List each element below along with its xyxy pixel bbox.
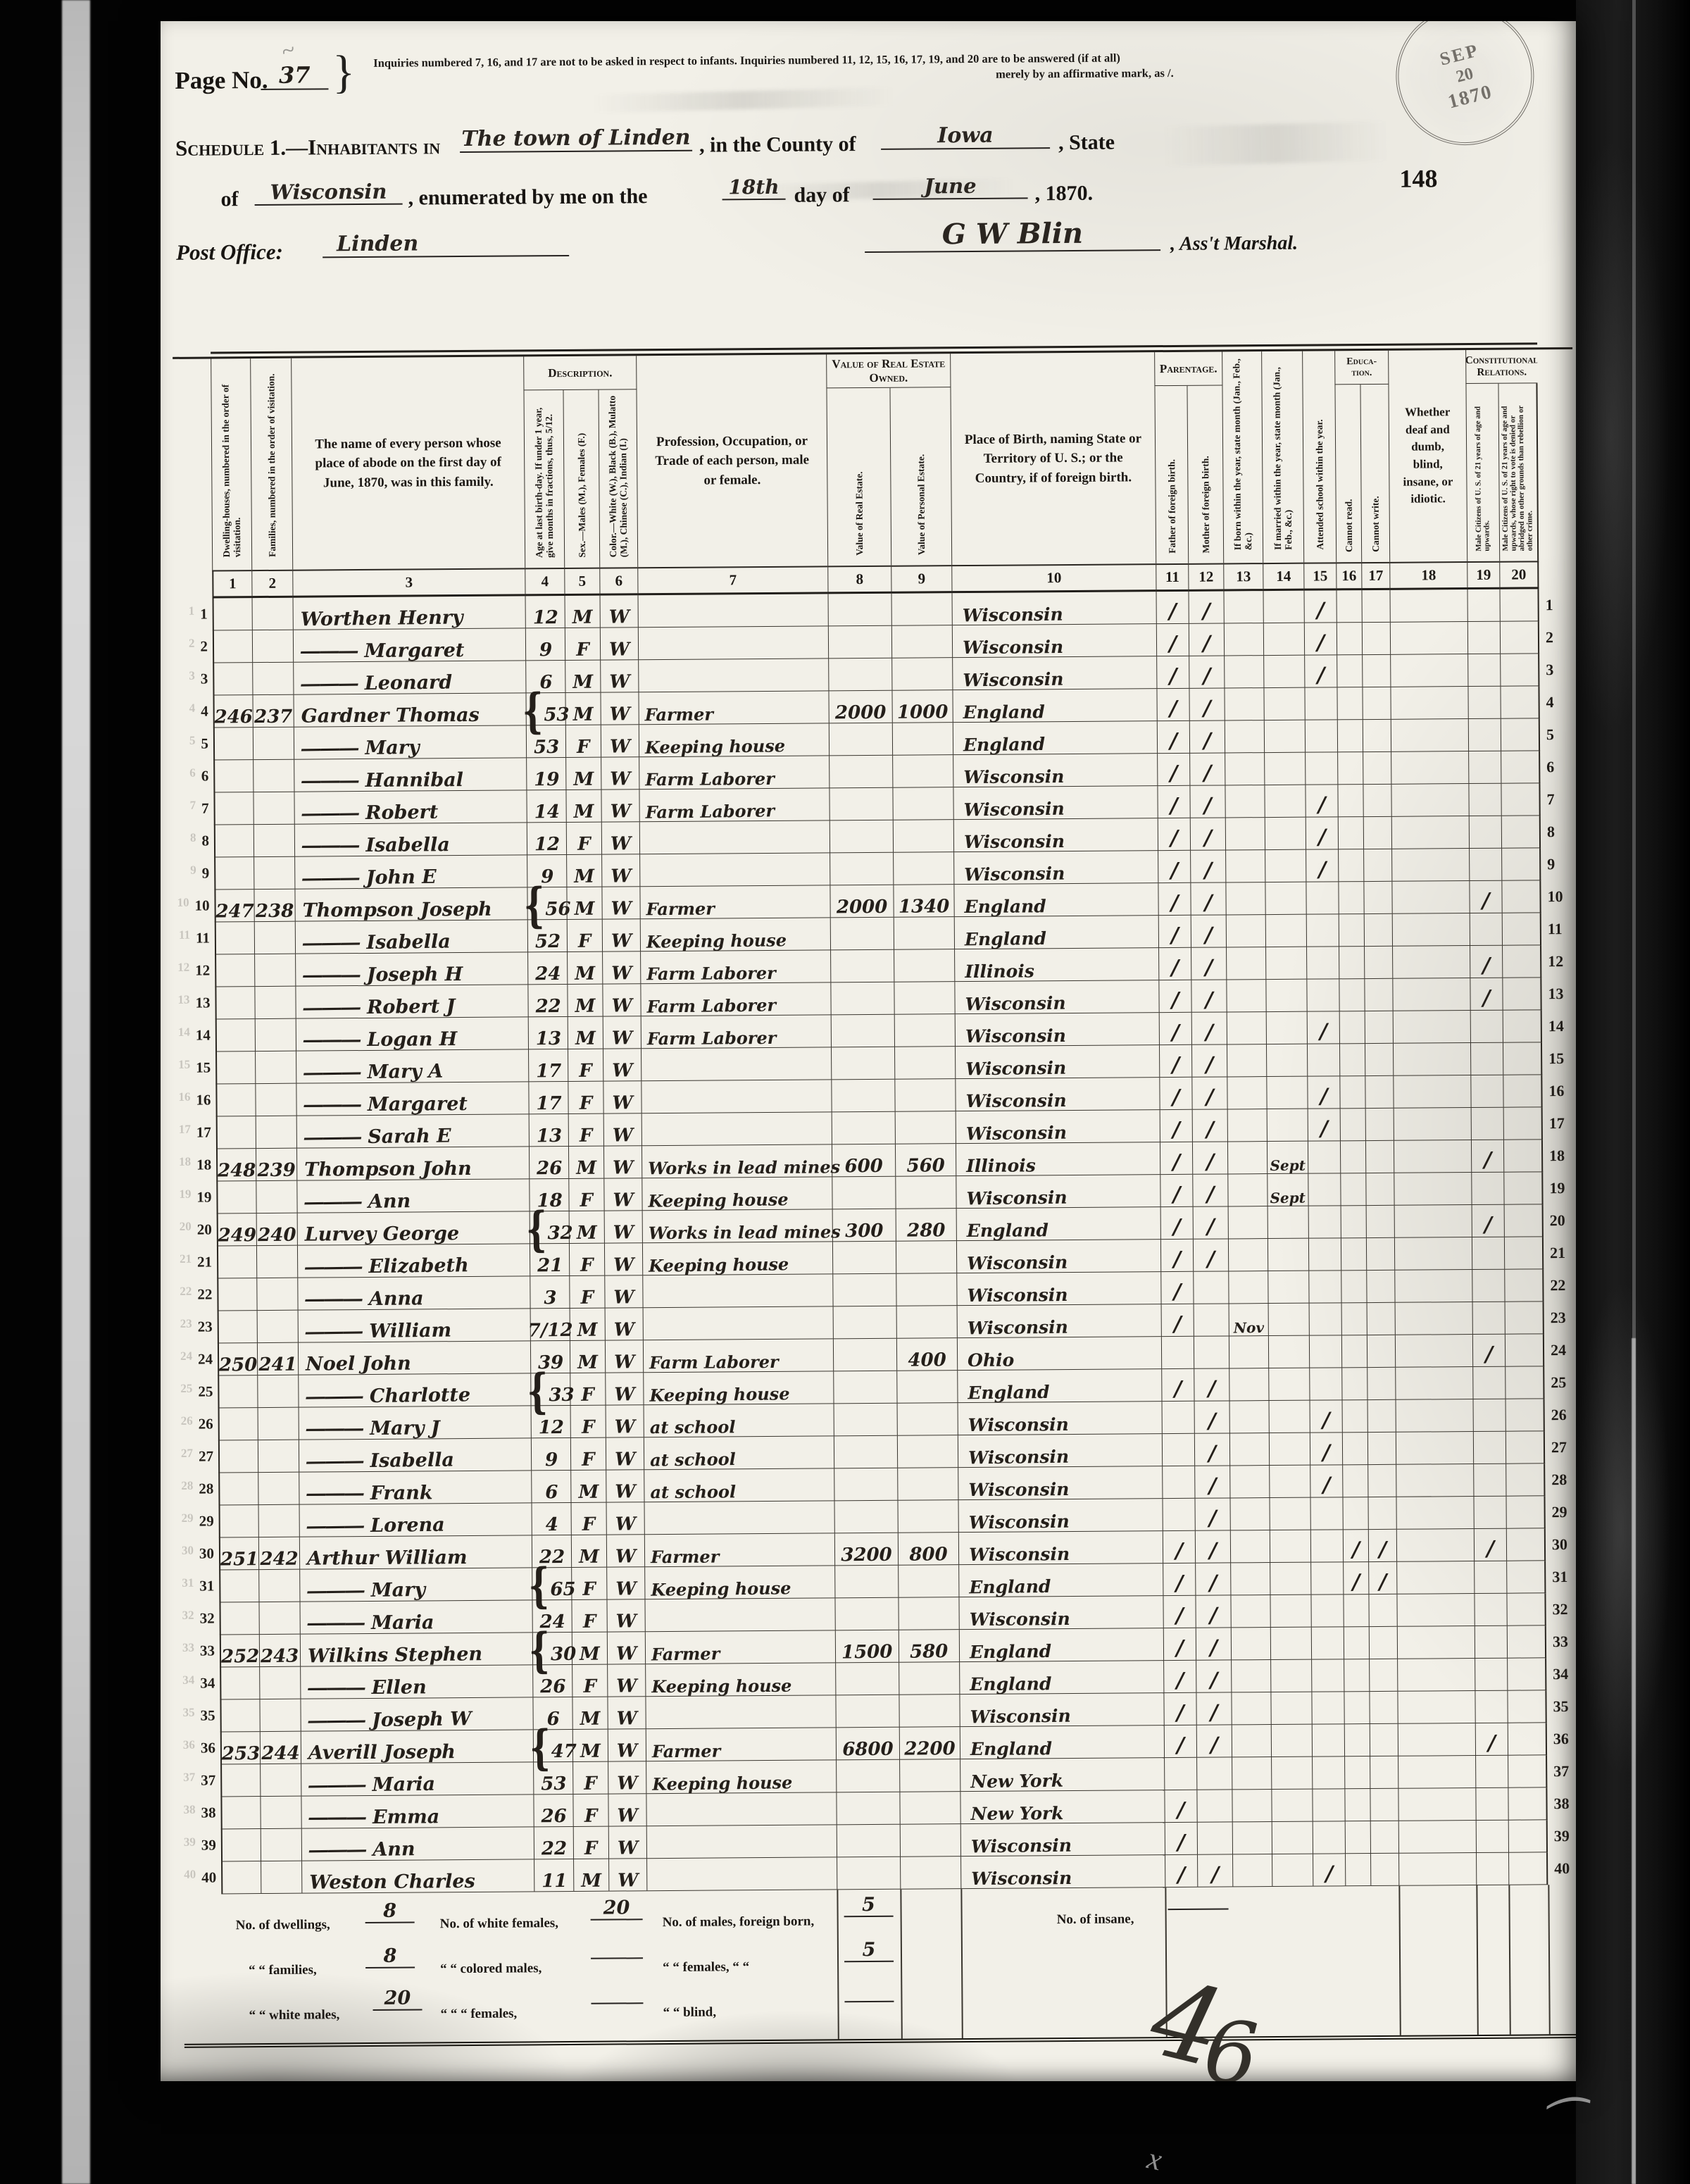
birthplace-cell: England xyxy=(958,1564,1163,1597)
father-foreign-cell xyxy=(1164,1758,1196,1790)
name-cell: ――― Mary xyxy=(299,1568,532,1602)
married-month-cell xyxy=(1264,720,1305,753)
mother-foreign-cell: / xyxy=(1189,785,1225,818)
sex-cell: F xyxy=(572,1762,608,1795)
name-cell: ――― Charlotte xyxy=(298,1373,530,1407)
cannot-write-cell xyxy=(1370,1724,1398,1756)
sex-cell: F xyxy=(569,1244,604,1276)
male-citizen-cell: / xyxy=(1472,1205,1504,1237)
attended-school-cell xyxy=(1311,1627,1344,1659)
color-cell: W xyxy=(601,887,639,919)
male-citizen-cell xyxy=(1474,1594,1506,1626)
birthplace-cell: Wisconsin xyxy=(954,980,1158,1014)
cannot-read-cell xyxy=(1341,1271,1366,1303)
family-number-cell xyxy=(258,1440,299,1473)
father-foreign-cell: / xyxy=(1159,1078,1191,1110)
personal-estate-cell: 800 xyxy=(898,1533,958,1566)
occupation-cell: Farm Laborer xyxy=(643,1339,833,1373)
color-cell: W xyxy=(608,1859,646,1891)
born-month-cell xyxy=(1232,1757,1271,1790)
attended-school-cell xyxy=(1307,1044,1339,1076)
birthplace-cell: Wisconsin xyxy=(956,1240,1160,1273)
row-number-right: 10 xyxy=(1541,880,1576,913)
row-number-right: 27 xyxy=(1545,1431,1576,1464)
real-estate-cell xyxy=(833,1339,896,1372)
col-number: 14 xyxy=(1263,563,1303,591)
married-month-cell: Sept xyxy=(1267,1174,1308,1206)
tally-males-foreign-label: No. of males, foreign born, xyxy=(663,1914,815,1931)
row-number-right: 34 xyxy=(1546,1658,1576,1690)
occupation-cell: Works in lead mines xyxy=(641,1144,832,1178)
occupation-cell: Keeping house xyxy=(645,1663,835,1697)
real-estate-cell xyxy=(832,1112,895,1145)
dwelling-number-cell xyxy=(213,630,252,663)
sex-cell: F xyxy=(568,1082,603,1114)
real-estate-cell xyxy=(830,820,893,854)
birthplace-cell: Wisconsin xyxy=(953,851,1158,885)
deaf-dumb-cell xyxy=(1390,622,1467,655)
cannot-read-cell xyxy=(1341,1238,1366,1271)
married-month-cell xyxy=(1267,1109,1308,1142)
father-foreign-cell xyxy=(1162,1466,1194,1499)
row-number-left: 2222 xyxy=(179,1278,217,1311)
col-header-sex: Sex.—Males (M.), Females (F.) xyxy=(575,390,587,562)
family-number-cell xyxy=(255,1019,296,1052)
birthplace-cell: Wisconsin xyxy=(958,1434,1162,1468)
row-number-right: 28 xyxy=(1545,1464,1576,1496)
census-scan-page: { "page": { "page_no_label": "Page No.",… xyxy=(0,0,1690,2184)
mother-foreign-cell: / xyxy=(1193,1206,1228,1239)
family-number-cell xyxy=(258,1602,299,1635)
real-estate-cell xyxy=(834,1566,898,1599)
marshal-signature: G W Blin xyxy=(865,216,1160,253)
father-foreign-cell: / xyxy=(1158,948,1191,980)
tally-dwellings-label: No. of dwellings, xyxy=(236,1917,330,1933)
deaf-dumb-cell xyxy=(1393,1043,1470,1076)
color-cell: W xyxy=(601,822,639,854)
name-cell: ――― Elizabeth xyxy=(297,1244,530,1278)
vote-denied-cell xyxy=(1500,621,1539,654)
personal-estate-cell: 1000 xyxy=(891,690,952,723)
male-citizen-cell xyxy=(1472,1367,1505,1399)
attended-school-cell xyxy=(1310,1530,1343,1562)
census-table-body: 11 Worthen Henry 12 M W Wisconsin / / / xyxy=(175,589,1576,1895)
father-foreign-cell xyxy=(1161,1337,1194,1369)
row-number-right: 13 xyxy=(1541,978,1576,1010)
cannot-read-cell: / xyxy=(1343,1562,1368,1595)
married-month-cell xyxy=(1268,1304,1309,1336)
deaf-dumb-cell xyxy=(1396,1561,1474,1595)
cannot-write-cell xyxy=(1367,1497,1396,1530)
bleedthrough-smudge xyxy=(1162,121,1388,166)
attended-school-cell xyxy=(1308,1238,1341,1271)
father-foreign-cell: / xyxy=(1163,1564,1195,1596)
row-number-right: 8 xyxy=(1541,816,1576,848)
birthplace-cell: Wisconsin xyxy=(952,656,1156,690)
deaf-dumb-cell xyxy=(1398,1723,1475,1756)
age-cell: 6 xyxy=(531,1471,570,1503)
family-number-cell: 237 xyxy=(252,695,293,728)
sex-cell: F xyxy=(571,1600,606,1633)
deaf-dumb-cell xyxy=(1391,784,1468,817)
real-estate-cell xyxy=(831,1047,894,1080)
row-number-left: 1414 xyxy=(177,1019,215,1052)
sex-cell: M xyxy=(566,855,601,887)
age-cell: 26 xyxy=(533,1795,572,1827)
born-month-cell xyxy=(1227,1012,1266,1044)
occupation-cell xyxy=(646,1825,837,1859)
occupation-cell xyxy=(641,1047,831,1081)
birthplace-cell: England xyxy=(953,721,1157,755)
father-foreign-cell: / xyxy=(1164,1790,1196,1823)
col-header-father-foreign: Father of foreign birth. xyxy=(1165,386,1177,558)
name-cell: ――― Logan H xyxy=(296,1017,528,1051)
born-month-cell xyxy=(1232,1854,1272,1887)
mother-foreign-cell xyxy=(1194,1304,1229,1336)
dwelling-number-cell xyxy=(216,1181,256,1213)
name-cell: ――― Maria xyxy=(299,1600,532,1634)
dwelling-number-cell: 247 xyxy=(214,890,254,922)
col-number: 10 xyxy=(951,563,1156,593)
mother-foreign-cell: / xyxy=(1191,1077,1227,1109)
cannot-write-cell xyxy=(1369,1659,1397,1692)
personal-estate-cell xyxy=(893,852,953,885)
day-of-label: day of xyxy=(794,183,849,208)
name-cell: ――― Mary A xyxy=(296,1049,528,1083)
group-header-parentage: Parentage. xyxy=(1154,351,1222,386)
age-cell: 14 xyxy=(526,790,565,823)
attended-school-cell: / xyxy=(1310,1400,1342,1433)
row-number-left: 11 xyxy=(175,598,213,630)
col-header-cannot-write: Cannot write. xyxy=(1369,385,1381,556)
cannot-read-cell: / xyxy=(1343,1530,1368,1562)
attended-school-cell xyxy=(1308,1173,1340,1206)
age-cell: {33 xyxy=(530,1373,570,1406)
birthplace-cell: Illinois xyxy=(956,1142,1160,1176)
name-cell: Wilkins Stephen xyxy=(300,1633,532,1666)
born-month-cell xyxy=(1230,1530,1270,1563)
dwelling-number-cell xyxy=(215,922,254,954)
deaf-dumb-cell xyxy=(1394,1140,1471,1173)
color-cell: W xyxy=(604,1211,642,1243)
col-header-attended-school: Attended school within the year. xyxy=(1313,351,1325,554)
cannot-read-cell xyxy=(1344,1756,1370,1789)
name-cell: ――― Ann xyxy=(296,1179,529,1213)
dwelling-number-cell xyxy=(220,1699,259,1732)
dwelling-number-cell xyxy=(214,857,254,890)
occupation-cell: Works in lead mines xyxy=(642,1209,832,1243)
real-estate-cell: 300 xyxy=(832,1209,896,1242)
dwelling-number-cell xyxy=(213,792,253,825)
color-cell: W xyxy=(602,984,640,1016)
real-estate-cell xyxy=(830,950,894,983)
row-number-right: 26 xyxy=(1545,1399,1576,1431)
personal-estate-cell xyxy=(892,787,953,820)
birthplace-cell: Wisconsin xyxy=(960,1855,1165,1889)
married-month-cell xyxy=(1270,1563,1310,1595)
row-number-right: 36 xyxy=(1547,1723,1576,1755)
mother-foreign-cell: / xyxy=(1190,850,1225,882)
name-cell: ――― Joseph W xyxy=(300,1697,532,1731)
name-cell: Noel John xyxy=(298,1341,530,1375)
mother-foreign-cell: / xyxy=(1195,1563,1230,1595)
cannot-write-cell xyxy=(1363,785,1391,817)
cannot-read-cell xyxy=(1336,590,1361,623)
col-number: 8 xyxy=(827,566,891,594)
pen-scribble: 6 xyxy=(1201,2003,1261,2081)
deaf-dumb-cell xyxy=(1394,1108,1471,1141)
color-cell: W xyxy=(605,1373,643,1405)
family-number-cell xyxy=(254,922,295,954)
printed-page-number: 148 xyxy=(1399,163,1437,193)
attended-school-cell xyxy=(1310,1497,1342,1530)
page-no-value: 37 xyxy=(261,61,328,90)
deaf-dumb-cell xyxy=(1392,913,1470,947)
birthplace-cell: England xyxy=(959,1628,1163,1662)
row-number-left: 3535 xyxy=(182,1699,220,1732)
row-number-right: 24 xyxy=(1544,1334,1576,1366)
row-number-right: 1 xyxy=(1539,589,1574,621)
deaf-dumb-cell xyxy=(1391,751,1468,785)
real-estate-cell xyxy=(834,1404,897,1437)
color-cell: W xyxy=(602,919,640,951)
col-header-occupation: Profession, Occupation, or Trade of each… xyxy=(637,354,827,567)
dwelling-number-cell xyxy=(218,1311,257,1343)
name-cell: ――― Anna xyxy=(297,1276,530,1310)
family-number-cell: 241 xyxy=(257,1343,298,1375)
mother-foreign-cell: / xyxy=(1193,1239,1228,1271)
census-sheet: ~ Page No. 37 } Inquiries numbered 7, 16… xyxy=(161,21,1576,2081)
row-number-left: 22 xyxy=(175,630,213,663)
married-month-cell xyxy=(1264,753,1305,785)
family-number-cell xyxy=(257,1375,298,1408)
col-header-age: Age at last birth-day. If under 1 year, … xyxy=(533,390,556,562)
mother-foreign-cell: / xyxy=(1188,591,1223,623)
vote-denied-cell xyxy=(1503,1172,1543,1204)
personal-estate-cell xyxy=(899,1662,959,1695)
tally-colored-males-label: “ “ colored males, xyxy=(440,1961,542,1977)
personal-estate-cell xyxy=(900,1857,960,1890)
family-number-cell: 238 xyxy=(254,890,294,922)
row-number-left: 1919 xyxy=(178,1181,216,1213)
born-month-cell xyxy=(1224,623,1263,656)
male-citizen-cell: / xyxy=(1470,978,1502,1011)
bleedthrough-smudge xyxy=(591,87,895,113)
father-foreign-cell: / xyxy=(1163,1628,1196,1661)
row-number-left: 1313 xyxy=(177,987,215,1019)
cannot-read-cell xyxy=(1337,623,1362,655)
name-cell: ――― Ann xyxy=(301,1827,534,1861)
family-number-cell xyxy=(255,1052,296,1084)
born-month-cell xyxy=(1232,1822,1272,1854)
mother-foreign-cell: / xyxy=(1192,1142,1227,1174)
attended-school-cell: / xyxy=(1303,590,1336,623)
mother-foreign-cell: / xyxy=(1195,1530,1230,1563)
personal-estate-cell xyxy=(897,1468,958,1501)
dwelling-number-cell: 251 xyxy=(219,1537,258,1570)
married-month-cell xyxy=(1268,1368,1309,1401)
sex-cell: F xyxy=(570,1406,606,1438)
father-foreign-cell: / xyxy=(1156,624,1189,656)
male-citizen-cell xyxy=(1470,1075,1503,1108)
mother-foreign-cell xyxy=(1197,1822,1232,1854)
group-header-education: Educa-tion. xyxy=(1334,351,1388,385)
male-citizen-cell xyxy=(1476,1821,1508,1853)
born-month-cell: Nov xyxy=(1229,1304,1268,1336)
family-number-cell xyxy=(256,1246,297,1278)
sex-cell: F xyxy=(565,628,600,661)
vote-denied-cell xyxy=(1501,880,1541,913)
row-number-right: 21 xyxy=(1544,1237,1576,1269)
cannot-write-cell xyxy=(1366,1271,1394,1303)
male-citizen-cell xyxy=(1474,1561,1506,1594)
occupation-cell xyxy=(646,1792,836,1826)
family-number-cell xyxy=(254,857,294,890)
sex-cell: M xyxy=(573,1859,608,1892)
age-cell: 9 xyxy=(531,1438,570,1471)
mother-foreign-cell: / xyxy=(1194,1466,1229,1498)
occupation-cell: Farm Laborer xyxy=(640,982,830,1016)
sex-cell: M xyxy=(572,1633,607,1665)
male-citizen-cell xyxy=(1467,687,1500,719)
marshal-label: , Ass't Marshal. xyxy=(1170,232,1298,256)
name-cell: Worthen Henry xyxy=(293,596,525,630)
attended-school-cell: / xyxy=(1305,785,1337,817)
row-number-left: 2525 xyxy=(180,1375,218,1408)
color-cell: W xyxy=(603,1049,641,1081)
tally-footer: No. of dwellings, 8 No. of white females… xyxy=(183,1885,1576,2048)
col-header-personal-estate: Value of Personal Estate. xyxy=(915,387,927,559)
sex-cell: F xyxy=(573,1827,608,1859)
row-number-right: 22 xyxy=(1544,1269,1576,1302)
sex-cell: M xyxy=(566,887,601,920)
vote-denied-cell xyxy=(1503,1010,1542,1042)
age-cell: {32 xyxy=(530,1211,569,1244)
color-cell: W xyxy=(607,1697,645,1729)
born-month-cell xyxy=(1229,1368,1268,1401)
family-number-cell xyxy=(252,598,293,630)
born-month-cell xyxy=(1225,882,1265,915)
dwelling-number-cell xyxy=(213,598,252,630)
row-number-left: 2828 xyxy=(180,1473,218,1505)
cannot-read-cell xyxy=(1339,1011,1365,1044)
name-cell: ――― Isabella xyxy=(294,823,527,856)
real-estate-cell xyxy=(829,756,892,789)
cannot-write-cell xyxy=(1365,1109,1394,1141)
col-header-families: Families, numbered in the order of visit… xyxy=(265,358,277,561)
enumerated-label: , enumerated by me on the xyxy=(408,185,647,210)
attended-school-cell xyxy=(1312,1756,1344,1789)
occupation-cell: Farmer xyxy=(639,885,830,919)
cannot-write-cell xyxy=(1367,1368,1395,1400)
cannot-read-cell xyxy=(1344,1692,1369,1724)
mother-foreign-cell: / xyxy=(1189,623,1224,656)
color-cell: W xyxy=(603,1178,641,1211)
occupation-cell: Farm Laborer xyxy=(641,1015,831,1049)
occupation-cell: at school xyxy=(644,1404,834,1437)
family-number-cell: 240 xyxy=(256,1213,297,1246)
row-number-right: 30 xyxy=(1546,1528,1576,1561)
row-number-right: 37 xyxy=(1547,1755,1576,1787)
married-month-cell xyxy=(1271,1790,1312,1822)
age-cell: 11 xyxy=(534,1859,573,1892)
cannot-write-cell xyxy=(1370,1789,1398,1821)
cannot-read-cell xyxy=(1342,1465,1367,1497)
row-number-left: 44 xyxy=(175,695,213,728)
real-estate-cell xyxy=(833,1306,896,1340)
married-month-cell xyxy=(1265,818,1306,850)
family-number-cell xyxy=(253,792,294,825)
personal-estate-cell: 280 xyxy=(896,1209,956,1242)
color-cell: W xyxy=(608,1761,646,1794)
birthplace-cell: Wisconsin xyxy=(953,818,1158,852)
deaf-dumb-cell xyxy=(1398,1756,1475,1789)
occupation-cell: Keeping house xyxy=(644,1566,834,1599)
born-month-cell xyxy=(1225,850,1265,882)
row-number-right: 25 xyxy=(1544,1366,1576,1399)
sex-cell: F xyxy=(571,1503,606,1535)
sex-cell: F xyxy=(572,1665,607,1697)
age-cell: 13 xyxy=(529,1114,568,1147)
sex-cell: F xyxy=(572,1795,608,1827)
male-citizen-cell xyxy=(1475,1626,1507,1659)
cannot-write-cell: / xyxy=(1368,1562,1396,1595)
col-header-color: Color.—White (W.), Black (B.), Mulatto (… xyxy=(607,389,630,561)
vote-denied-cell xyxy=(1502,945,1541,978)
father-foreign-cell: / xyxy=(1157,721,1189,754)
cannot-write-cell xyxy=(1370,1854,1398,1886)
family-number-cell xyxy=(256,1116,296,1149)
dwelling-number-cell xyxy=(218,1440,258,1473)
deaf-dumb-cell xyxy=(1395,1335,1472,1368)
tally-families-value: 8 xyxy=(365,1945,415,1968)
name-cell: ――― Emma xyxy=(301,1795,533,1828)
row-number-left: 66 xyxy=(175,760,213,792)
mother-foreign-cell: / xyxy=(1189,753,1225,785)
cannot-read-cell xyxy=(1340,1141,1365,1173)
cannot-write-cell xyxy=(1365,1173,1394,1206)
row-number-left: 1616 xyxy=(177,1084,215,1116)
occupation-cell xyxy=(645,1695,835,1729)
vote-denied-cell xyxy=(1504,1204,1544,1237)
census-table-header: Dwelling-houses, numbered in the order o… xyxy=(173,347,1574,599)
dwelling-number-cell xyxy=(221,1861,261,1894)
birthplace-cell: England xyxy=(953,883,1158,917)
dwelling-number-cell xyxy=(217,1246,256,1278)
married-month-cell xyxy=(1272,1822,1313,1854)
tally-males-foreign-value: 5 xyxy=(844,1894,893,1917)
deaf-dumb-cell xyxy=(1391,719,1468,752)
row-number-right: 38 xyxy=(1547,1787,1576,1820)
cannot-write-cell xyxy=(1368,1595,1396,1627)
male-citizen-cell xyxy=(1470,1043,1503,1075)
dwelling-number-cell xyxy=(214,825,254,857)
male-citizen-cell xyxy=(1472,1302,1505,1335)
row-number-left: 2727 xyxy=(180,1440,218,1473)
cannot-write-cell xyxy=(1362,687,1390,720)
father-foreign-cell: / xyxy=(1156,592,1188,624)
color-cell: W xyxy=(600,628,638,660)
cannot-write-cell xyxy=(1363,849,1391,882)
married-month-cell xyxy=(1269,1466,1310,1498)
cannot-write-cell xyxy=(1362,655,1390,687)
row-number-left: 3939 xyxy=(183,1829,221,1861)
birthplace-cell: Illinois xyxy=(954,948,1158,982)
deaf-dumb-cell xyxy=(1391,849,1469,882)
male-citizen-cell: / xyxy=(1472,1335,1505,1367)
color-cell: W xyxy=(607,1664,645,1697)
attended-school-cell: / xyxy=(1313,1854,1345,1886)
